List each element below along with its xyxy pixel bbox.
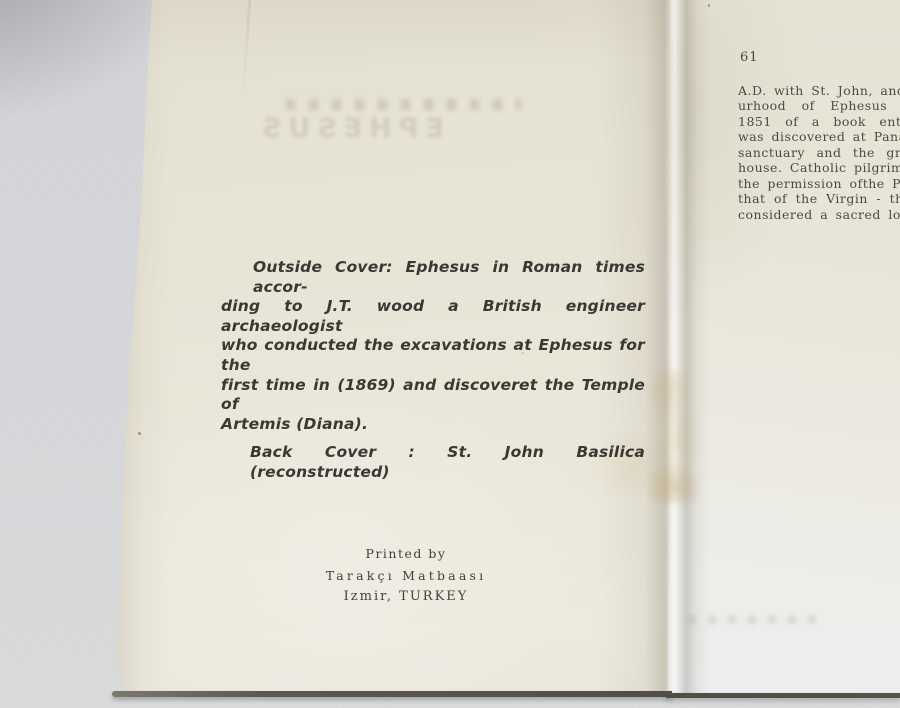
page-number: 61 bbox=[740, 50, 759, 65]
body-text-line: that of the Virgin - that M bbox=[738, 191, 900, 206]
dust-speck bbox=[138, 432, 141, 435]
body-text-line: the permission ofthe Pope t bbox=[738, 176, 900, 191]
caption-line: ding to J.T. wood a British engineer arc… bbox=[221, 297, 645, 336]
cover-caption-block: Outside Cover: Ephesus in Roman times ac… bbox=[221, 258, 645, 483]
showthrough-text-line bbox=[286, 99, 521, 110]
page-61-text-block: A.D. with St. John, and ha urhood of Eph… bbox=[738, 83, 900, 222]
caption-line: who conducted the excavations at Ephesus… bbox=[221, 336, 645, 375]
book-bottom-edge bbox=[112, 691, 672, 697]
dust-speck bbox=[708, 4, 710, 7]
caption-line: first time in (1869) and discoveret the … bbox=[221, 376, 645, 415]
caption-line: Artemis (Diana). bbox=[221, 415, 645, 435]
book-bottom-edge bbox=[666, 693, 900, 698]
body-text-line: house. Catholic pilgrimse gr bbox=[738, 160, 900, 175]
printer-name: Tarakçı Matbaası bbox=[300, 568, 512, 583]
printer-line: Printed by bbox=[300, 546, 512, 561]
body-text-line: urhood of Ephesus wher bbox=[738, 98, 900, 113]
page-crease bbox=[242, 0, 252, 95]
printer-location: Izmir, TURKEY bbox=[300, 589, 512, 604]
showthrough-text-line bbox=[688, 615, 818, 624]
back-cover-caption: Back Cover : St. John Basilica (reconstr… bbox=[221, 443, 645, 482]
body-text-line: sanctuary and the groun bbox=[738, 145, 900, 160]
printer-imprint-block: Printed by Tarakçı Matbaası Izmir, TURKE… bbox=[300, 546, 512, 604]
caption-line: Outside Cover: Ephesus in Roman times ac… bbox=[221, 258, 645, 297]
body-text-line: 1851 of a book entitled. bbox=[738, 114, 900, 129]
showthrough-cover-title: EPHESUS bbox=[256, 113, 444, 144]
body-text-line: A.D. with St. John, and ha bbox=[738, 83, 900, 98]
book-gutter-fold bbox=[645, 0, 715, 694]
body-text-line: was discovered at Panaya bbox=[738, 129, 900, 144]
body-text-line: considered a sacred localit bbox=[738, 207, 900, 222]
